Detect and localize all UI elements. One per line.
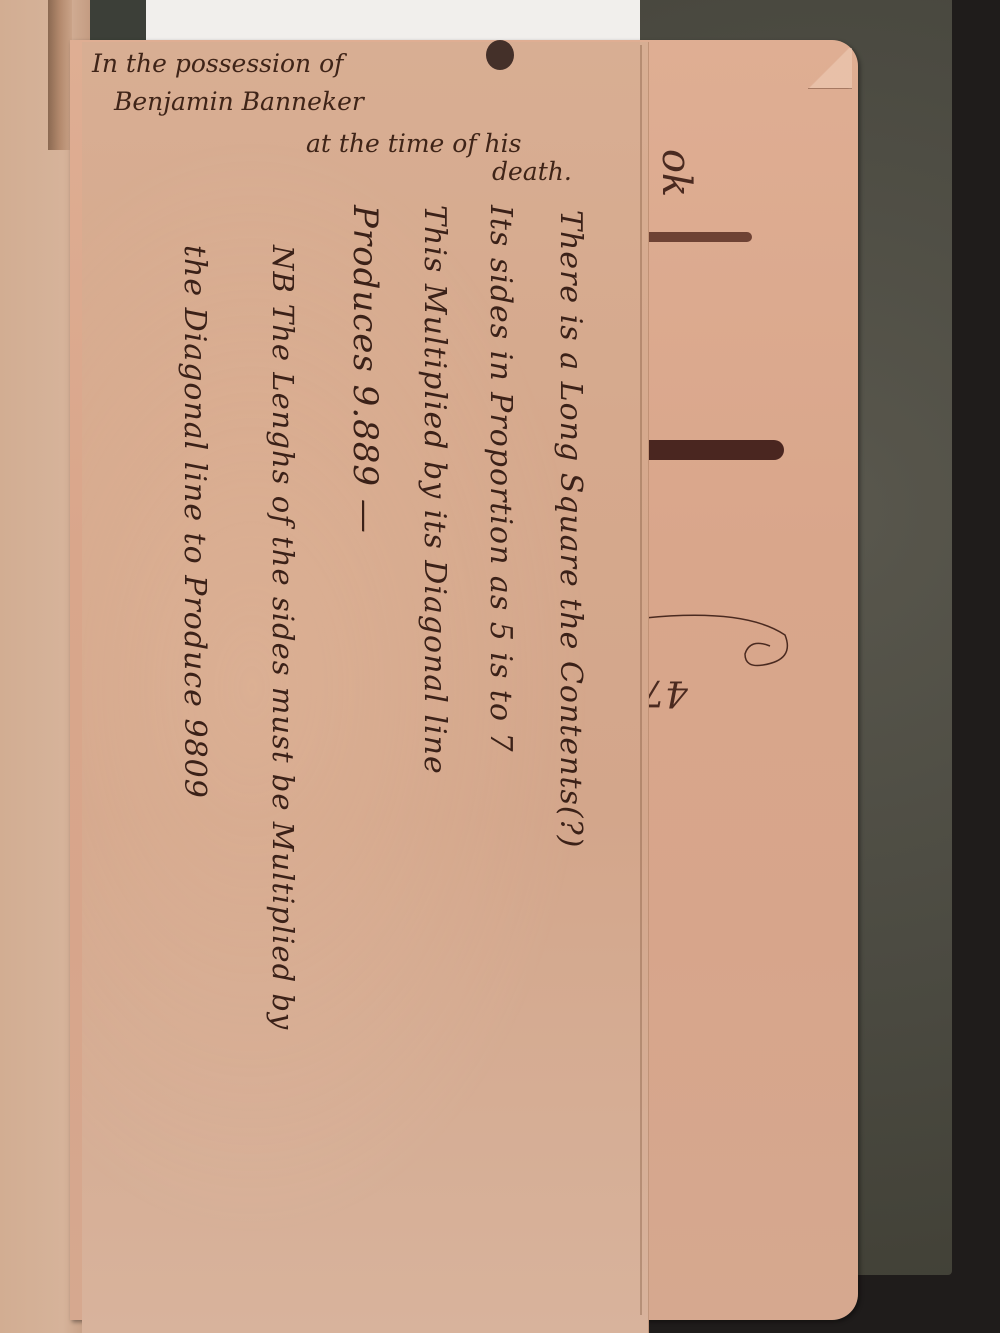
calculation-line-3: This Multiplied by its Diagonal line (417, 205, 452, 775)
calculation-line-5: NB The Lenghs of the sides must be Multi… (266, 245, 300, 1030)
calculation-line-4: Produces 9.889 — (345, 205, 385, 534)
calculation-text: There is a Long Square the Contents(?) I… (0, 0, 1000, 1333)
calculation-line-2: Its sides in Proportion as 5 is to 7 (483, 205, 518, 753)
calculation-line-1: There is a Long Square the Contents(?) (553, 210, 588, 848)
calculation-line-6: the Diagonal line to Produce 9809 (177, 245, 212, 799)
